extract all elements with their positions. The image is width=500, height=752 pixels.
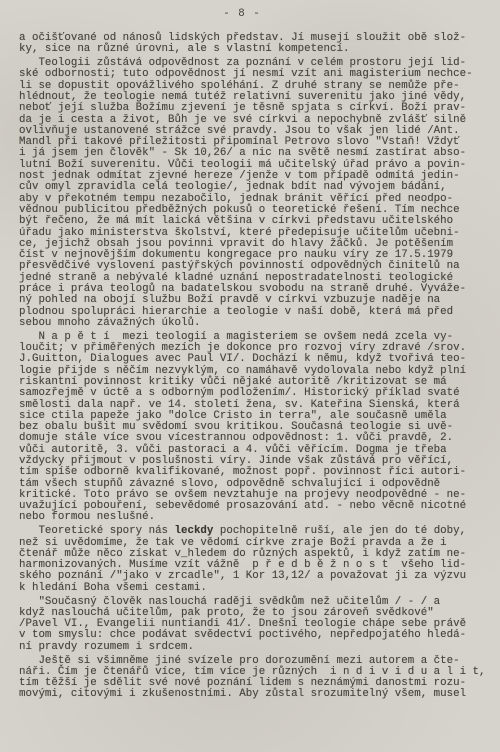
paragraph: Teoretické spory nás leckdy pochopitelně… — [19, 526, 495, 594]
text-line: samozřejmě v úctě a s odborným podložení… — [19, 388, 495, 399]
paragraph: a očišťované od nánosů lidských představ… — [19, 33, 495, 56]
text-line: Teoretické spory nás leckdy pochopitelně… — [19, 526, 495, 537]
page-number: - 8 - — [19, 8, 465, 20]
text-line: cův omyl zpravidla celá teologie/, jedna… — [19, 182, 495, 193]
document-body: a očišťované od nánosů lidských představ… — [19, 33, 495, 701]
text-line: ný pohled na obojí službu Boží pravdě v … — [19, 295, 495, 306]
paragraph: Ještě si všimněme jiné svízele pro doroz… — [19, 656, 495, 701]
text-line: nebo formou neslušné. — [19, 512, 495, 523]
text-line: sebou mnoho závažných úkolů. — [19, 318, 495, 329]
text-line: J.Guitton, Dialogues avec Paul VI/. Doch… — [19, 354, 495, 365]
text-line: k hledání Boha všemi cestami. — [19, 583, 495, 594]
text-line: movými, citovými i zkušenostními. Aby zů… — [19, 689, 495, 700]
text-line: ky, sice na různé úrovni, ale s vlastní … — [19, 44, 495, 55]
paragraph: "Současný člověk naslouchá raději svědků… — [19, 597, 495, 653]
text-line: tím spíše odborně kvalifikované, možnost… — [19, 467, 495, 478]
paragraph: Teologii zůstává odpovědnost za poznání … — [19, 58, 495, 329]
text-line: ské odbornosti; tuto odpovědnost jí nesm… — [19, 69, 495, 80]
document-page: - 8 - a očišťované od nánosů lidských př… — [0, 0, 500, 752]
text-line: domuje stále více svou vícestrannou odpo… — [19, 433, 495, 444]
text-line: být řečeno, že má mít laická většina v c… — [19, 216, 495, 227]
paragraph: N a p ě t í mezi teologií a magisteriem … — [19, 332, 495, 524]
text-line: neboť její služba Božímu zjevení je těsn… — [19, 103, 495, 114]
text-line: ní pravdy rozumem i srdcem. — [19, 642, 495, 653]
